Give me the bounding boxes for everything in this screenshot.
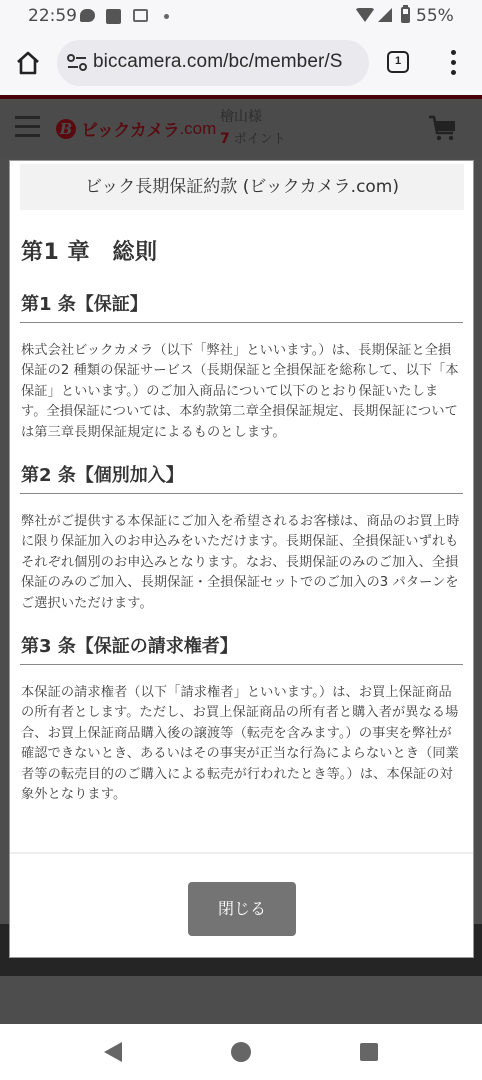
gallery-icon <box>133 9 148 22</box>
battery-percent: 55% <box>416 6 454 26</box>
status-bar: 22:59 55% <box>0 0 482 35</box>
home-icon <box>14 49 42 77</box>
battery-icon <box>401 7 410 23</box>
signal-icon <box>378 8 392 22</box>
logo-mark: B <box>56 119 76 139</box>
more-dot-icon <box>164 14 169 19</box>
wifi-icon <box>355 8 375 22</box>
article-body-2: 弊社がご提供する本保証にご加入を希望されるお客様は、商品のお買上時に限り保証加入… <box>20 512 463 614</box>
tab-switcher-button[interactable]: 1 <box>387 51 409 73</box>
chapter-title: 第1 章 総則 <box>20 235 463 266</box>
points-label: ポイント <box>234 132 286 147</box>
site-header: B ビックカメラ.com 檜山様 7ポイント <box>0 99 482 159</box>
url-text[interactable]: biccamera.com/bc/member/S <box>93 51 343 73</box>
article-body-1: 株式会社ビックカメラ（以下「弊社」といいます。）は、長期保証と全損保証の2 種類… <box>20 341 463 443</box>
terms-modal: ビック長期保証約款 (ビックカメラ.com) 第1 章 総則 第1 条【保証】 … <box>9 160 474 958</box>
status-time: 22:59 <box>28 6 77 26</box>
hamburger-menu-icon[interactable] <box>15 116 40 138</box>
site-logo[interactable]: B ビックカメラ.com <box>56 116 216 140</box>
recents-icon[interactable] <box>360 1043 378 1061</box>
cart-icon[interactable] <box>428 113 458 143</box>
more-vert-icon[interactable] <box>446 49 462 77</box>
address-bar[interactable]: biccamera.com/bc/member/S <box>57 40 369 86</box>
article-title-2: 第2 条【個別加入】 <box>20 461 463 494</box>
logo-text: ビックカメラ <box>81 116 179 141</box>
points-value: 7 <box>220 131 230 147</box>
line-icon <box>80 9 95 22</box>
modal-scroll-content[interactable]: 第1 章 総則 第1 条【保証】 株式会社ビックカメラ（以下「弊社」といいます。… <box>10 211 473 854</box>
user-points: 7ポイント <box>220 128 286 147</box>
page-overlay <box>0 976 482 1024</box>
logo-suffix: .com <box>179 119 216 139</box>
home-button[interactable] <box>14 49 42 77</box>
article-title-3: 第3 条【保証の請求権者】 <box>20 632 463 665</box>
system-nav-bar <box>0 1024 482 1080</box>
close-button[interactable]: 閉じる <box>188 882 296 936</box>
user-name[interactable]: 檜山様 <box>220 106 262 126</box>
browser-toolbar: biccamera.com/bc/member/S 1 <box>0 35 482 95</box>
app-notification-icon <box>106 9 121 24</box>
back-icon[interactable] <box>104 1042 122 1062</box>
article-body-3: 本保証の請求権者（以下「請求権者」といいます。）は、お買上保証商品の所有者としま… <box>20 683 463 805</box>
tune-icon[interactable] <box>66 53 88 73</box>
article-title-1: 第1 条【保証】 <box>20 290 463 323</box>
home-nav-icon[interactable] <box>231 1042 251 1062</box>
modal-title: ビック長期保証約款 (ビックカメラ.com) <box>20 164 464 210</box>
